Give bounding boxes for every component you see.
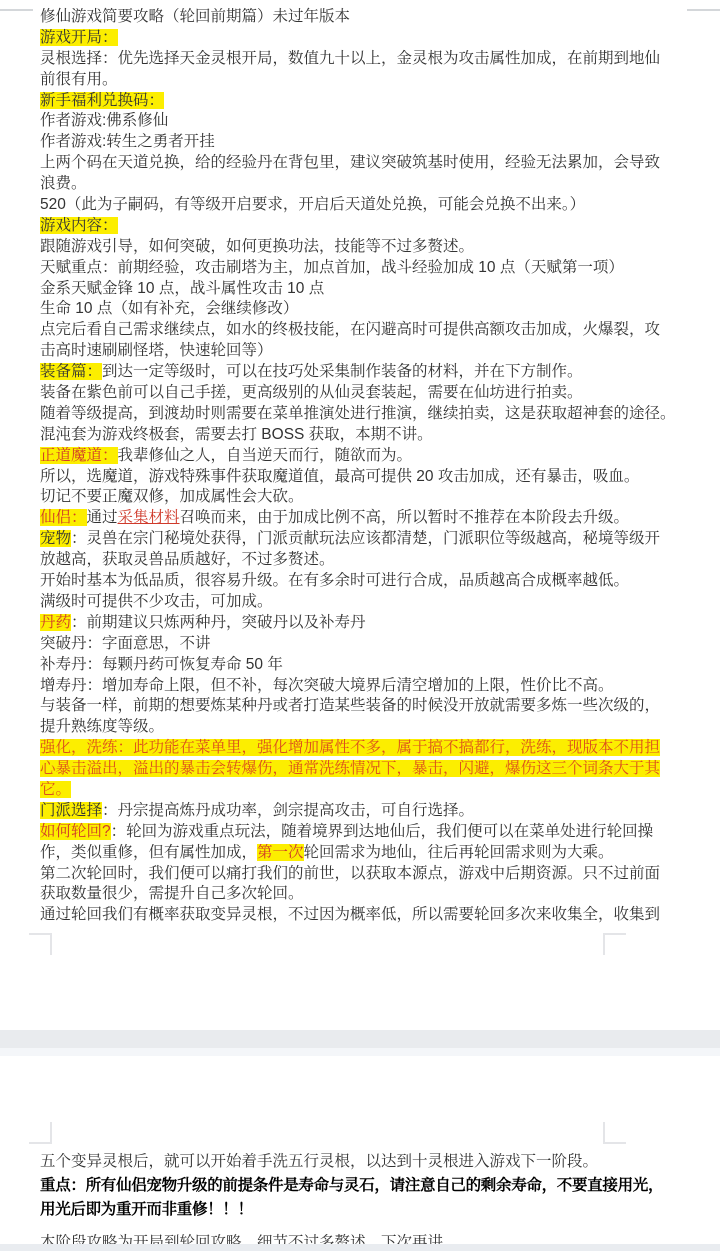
- text-line: 作者游戏:佛系修仙: [40, 111, 720, 132]
- text-segment: 作，类似重修，但有属性加成，: [40, 844, 257, 861]
- text-line: 作，类似重修，但有属性加成，第一次轮回需求为地仙，往后再轮回需求则为大乘。: [40, 843, 720, 864]
- text-line: 获取数量很少，需提升自己多次轮回。: [40, 884, 720, 905]
- text-line: 新手福利兑换码：: [40, 91, 720, 112]
- text-line: 切记不要正魔双修，加成属性会大砍。: [40, 487, 720, 508]
- text-segment: 轮回需求为地仙，往后再轮回需求则为大乘。: [304, 844, 614, 861]
- text-line: 如何轮回?：轮回为游戏重点玩法，随着境界到达地仙后，我们便可以在菜单处进行轮回操: [40, 822, 720, 843]
- text-line: 与装备一样，前期的想要炼某种丹或者打造某些装备的时候没开放就需要多炼一些次级的，: [40, 696, 720, 717]
- text-line: 强化，洗练：此功能在菜单里，强化增加属性不多，属于搞不搞都行，洗练，现版本不用担: [40, 738, 720, 759]
- page-separator-shadow: [0, 1048, 720, 1056]
- page1-body[interactable]: 修仙游戏简要攻略（轮回前期篇）未过年版本游戏开局：灵根选择：优先选择天金灵根开局…: [40, 7, 720, 926]
- text-line: 第二次轮回时，我们便可以痛打我们的前世，以获取本源点，游戏中后期资源。只不过前面: [40, 864, 720, 885]
- text-segment: 前很有用。: [40, 71, 118, 88]
- text-segment: 通过轮回我们有概率获取变异灵根，不过因为概率低，所以需要轮回多次来收集全，收集到: [40, 906, 660, 923]
- text-segment: 到达一定等级时，可以在技巧处采集制作装备的材料，并在下方制作。: [102, 363, 583, 380]
- page-top-edge-left: [0, 9, 33, 11]
- highlighted-text: 心暴击溢出，溢出的暴击会转爆伤，通常洗练情况下，暴击，闪避，爆伤这三个词条大于其: [40, 760, 660, 777]
- text-line: 前很有用。: [40, 70, 720, 91]
- text-line: 丹药：前期建议只炼两种丹，突破丹以及补寿丹: [40, 613, 720, 634]
- highlighted-text: 新手福利兑换码：: [40, 92, 164, 109]
- text-segment: 用光后即为重开而非重修！！！: [40, 1201, 253, 1218]
- text-line: 天赋重点：前期经验，攻击刷塔为主，加点首加，战斗经验加成 10 点（天赋第一项）: [40, 258, 720, 279]
- highlighted-text: 如何轮回?: [40, 823, 111, 840]
- page2-top-right-margin-mark: [603, 1122, 626, 1144]
- text-segment: 补寿丹：每颗丹药可恢复寿命 50 年: [40, 656, 283, 673]
- highlighted-text: 第一次: [257, 844, 304, 861]
- highlighted-text: 装备篇：: [40, 363, 102, 380]
- text-segment: 提升熟练度等级。: [40, 718, 164, 735]
- text-segment: 满级时可提供不少攻击，可加成。: [40, 593, 273, 610]
- page1-bottom-left-margin-mark: [29, 933, 52, 955]
- highlighted-text: 宠物: [40, 530, 71, 547]
- text-line: 游戏内容：: [40, 216, 720, 237]
- text-line: 混沌套为游戏终极套，需要去打 BOSS 获取，本期不讲。: [40, 425, 720, 446]
- highlighted-text: 游戏内容：: [40, 217, 118, 234]
- text-line: 击高时速刷刷怪塔，快速轮回等）: [40, 341, 720, 362]
- text-segment: ：丹宗提高炼丹成功率，剑宗提高攻击，可自行选择。: [102, 802, 474, 819]
- text-segment: 我辈修仙之人，自当逆天而行，随欲而为。: [118, 447, 413, 464]
- text-line: 提升熟练度等级。: [40, 717, 720, 738]
- text-segment: 作者游戏:佛系修仙: [40, 112, 168, 129]
- text-line: 跟随游戏引导，如何突破，如何更换功法，技能等不过多赘述。: [40, 237, 720, 258]
- text-line: 仙侣：通过采集材料召唤而来，由于加成比例不高，所以暂时不推荐在本阶段去升级。: [40, 508, 720, 529]
- text-line: 修仙游戏简要攻略（轮回前期篇）未过年版本: [40, 7, 720, 28]
- highlighted-text: 丹药: [40, 614, 71, 631]
- text-line: 正道魔道：我辈修仙之人，自当逆天而行，随欲而为。: [40, 446, 720, 467]
- text-segment: 上两个码在天道兑换，给的经验丹在背包里，建议突破筑基时使用，经验无法累加，会导致: [40, 154, 660, 171]
- highlighted-text: 强化，洗练：此功能在菜单里，强化增加属性不多，属于搞不搞都行，洗练，现版本不用担: [40, 739, 660, 756]
- text-line: 补寿丹：每颗丹药可恢复寿命 50 年: [40, 655, 720, 676]
- text-segment: 放越高，获取灵兽品质越好，不过多赘述。: [40, 551, 335, 568]
- text-segment: 混沌套为游戏终极套，需要去打 BOSS 获取，本期不讲。: [40, 426, 433, 443]
- text-line: 作者游戏:转生之勇者开挂: [40, 132, 720, 153]
- text-segment: 切记不要正魔双修，加成属性会大砍。: [40, 488, 304, 505]
- text-segment: 通过: [87, 509, 118, 526]
- highlighted-text: 游戏开局：: [40, 29, 118, 46]
- text-line: 增寿丹：增加寿命上限，但不补，每次突破大境界后清空增加的上限，性价比不高。: [40, 676, 720, 697]
- text-line: 装备篇：到达一定等级时，可以在技巧处采集制作装备的材料，并在下方制作。: [40, 362, 720, 383]
- highlighted-text: 正道魔道：: [40, 447, 118, 464]
- text-segment: 与装备一样，前期的想要炼某种丹或者打造某些装备的时候没开放就需要多炼一些次级的，: [40, 697, 660, 714]
- text-line: 突破丹：字面意思，不讲: [40, 634, 720, 655]
- text-segment: 开始时基本为低品质，很容易升级。在有多余时可进行合成，品质越高合成概率越低。: [40, 572, 629, 589]
- text-line: 灵根选择：优先选择天金灵根开局，数值九十以上，金灵根为攻击属性加成，在前期到地仙: [40, 49, 720, 70]
- text-segment: 击高时速刷刷怪塔，快速轮回等）: [40, 342, 273, 359]
- text-segment: 随着等级提高，到渡劫时则需要在菜单推演处进行推演，继续拍卖，这是获取超神套的途径…: [40, 405, 676, 422]
- text-segment: ：前期建议只炼两种丹，突破丹以及补寿丹: [71, 614, 366, 631]
- text-line: 生命 10 点（如有补充，会继续修改）: [40, 299, 720, 320]
- page2-top-left-margin-mark: [29, 1122, 52, 1144]
- text-segment: 跟随游戏引导，如何突破，如何更换功法，技能等不过多赘述。: [40, 238, 474, 255]
- text-line: 通过轮回我们有概率获取变异灵根，不过因为概率低，所以需要轮回多次来收集全，收集到: [40, 905, 720, 926]
- text-line: 五个变异灵根后，就可以开始着手洗五行灵根，以达到十灵根进入游戏下一阶段。: [40, 1150, 720, 1174]
- text-line: 装备在紫色前可以自己手搓，更高级别的从仙灵套装起，需要在仙坊进行拍卖。: [40, 383, 720, 404]
- highlighted-text: 门派选择: [40, 802, 102, 819]
- text-segment: 生命 10 点（如有补充，会继续修改）: [40, 300, 298, 317]
- text-line: 上两个码在天道兑换，给的经验丹在背包里，建议突破筑基时使用，经验无法累加，会导致: [40, 153, 720, 174]
- highlighted-text: 仙侣：: [40, 509, 87, 526]
- text-line: 门派选择：丹宗提高炼丹成功率，剑宗提高攻击，可自行选择。: [40, 801, 720, 822]
- text-segment: 天赋重点：前期经验，攻击刷塔为主，加点首加，战斗经验加成 10 点（天赋第一项）: [40, 259, 624, 276]
- page2-body[interactable]: 五个变异灵根后，就可以开始着手洗五行灵根，以达到十灵根进入游戏下一阶段。重点：所…: [40, 1150, 720, 1251]
- text-segment: 增寿丹：增加寿命上限，但不补，每次突破大境界后清空增加的上限，性价比不高。: [40, 677, 614, 694]
- text-segment: 突破丹：字面意思，不讲: [40, 635, 211, 652]
- text-line: 浪费。: [40, 174, 720, 195]
- text-line: 520（此为子嗣码，有等级开启要求，开启后天道处兑换，可能会兑换不出来。）: [40, 195, 720, 216]
- text-segment: 点完后看自己需求继续点，如水的终极技能，在闪避高时可提供高额攻击加成，火爆裂，攻: [40, 321, 660, 338]
- text-line: 它。: [40, 780, 720, 801]
- text-segment: 所以，选魔道，游戏特殊事件获取魔道值，最高可提供 20 攻击加成，还有暴击，吸血…: [40, 468, 639, 485]
- text-segment: 重点：所有仙侣宠物升级的前提条件是寿命与灵石，请注意自己的剩余寿命，不要直接用光…: [40, 1177, 663, 1194]
- text-line: 所以，选魔道，游戏特殊事件获取魔道值，最高可提供 20 攻击加成，还有暴击，吸血…: [40, 467, 720, 488]
- text-line: 游戏开局：: [40, 28, 720, 49]
- text-segment: 520（此为子嗣码，有等级开启要求，开启后天道处兑换，可能会兑换不出来。）: [40, 196, 585, 213]
- text-line: 金系天赋金锋 10 点，战斗属性攻击 10 点: [40, 279, 720, 300]
- page1-bottom-right-margin-mark: [603, 933, 626, 955]
- text-line: 放越高，获取灵兽品质越好，不过多赘述。: [40, 550, 720, 571]
- text-segment: 五个变异灵根后，就可以开始着手洗五行灵根，以达到十灵根进入游戏下一阶段。: [40, 1153, 598, 1170]
- text-line: 心暴击溢出，溢出的暴击会转爆伤，通常洗练情况下，暴击，闪避，爆伤这三个词条大于其: [40, 759, 720, 780]
- text-line: 开始时基本为低品质，很容易升级。在有多余时可进行合成，品质越高合成概率越低。: [40, 571, 720, 592]
- text-segment: 金系天赋金锋 10 点，战斗属性攻击 10 点: [40, 280, 324, 297]
- text-line: 满级时可提供不少攻击，可加成。: [40, 592, 720, 613]
- text-line: 宠物：灵兽在宗门秘境处获得，门派贡献玩法应该都清楚，门派职位等级越高，秘境等级开: [40, 529, 720, 550]
- text-segment: 获取数量很少，需提升自己多次轮回。: [40, 885, 304, 902]
- bottom-edge-strip: [0, 1244, 720, 1251]
- text-segment: 装备在紫色前可以自己手搓，更高级别的从仙灵套装起，需要在仙坊进行拍卖。: [40, 384, 583, 401]
- text-line: 用光后即为重开而非重修！！！: [40, 1198, 720, 1222]
- text-segment: 浪费。: [40, 175, 87, 192]
- text-segment: 采集材料: [118, 509, 180, 526]
- text-line: 点完后看自己需求继续点，如水的终极技能，在闪避高时可提供高额攻击加成，火爆裂，攻: [40, 320, 720, 341]
- page-separator-band: [0, 1030, 720, 1048]
- text-line: 重点：所有仙侣宠物升级的前提条件是寿命与灵石，请注意自己的剩余寿命，不要直接用光…: [40, 1174, 720, 1198]
- text-line: 随着等级提高，到渡劫时则需要在菜单推演处进行推演，继续拍卖，这是获取超神套的途径…: [40, 404, 720, 425]
- text-segment: ：轮回为游戏重点玩法，随着境界到达地仙后，我们便可以在菜单处进行轮回操: [111, 823, 654, 840]
- text-segment: 作者游戏:转生之勇者开挂: [40, 133, 215, 150]
- text-segment: 召唤而来，由于加成比例不高，所以暂时不推荐在本阶段去升级。: [180, 509, 630, 526]
- highlighted-text: 它。: [40, 781, 71, 798]
- document-viewer: 修仙游戏简要攻略（轮回前期篇）未过年版本游戏开局：灵根选择：优先选择天金灵根开局…: [0, 0, 720, 1251]
- text-segment: ：灵兽在宗门秘境处获得，门派贡献玩法应该都清楚，门派职位等级越高，秘境等级开: [71, 530, 660, 547]
- text-segment: 第二次轮回时，我们便可以痛打我们的前世，以获取本源点，游戏中后期资源。只不过前面: [40, 865, 660, 882]
- text-segment: 修仙游戏简要攻略（轮回前期篇）未过年版本: [40, 8, 350, 25]
- text-segment: 灵根选择：优先选择天金灵根开局，数值九十以上，金灵根为攻击属性加成，在前期到地仙: [40, 50, 660, 67]
